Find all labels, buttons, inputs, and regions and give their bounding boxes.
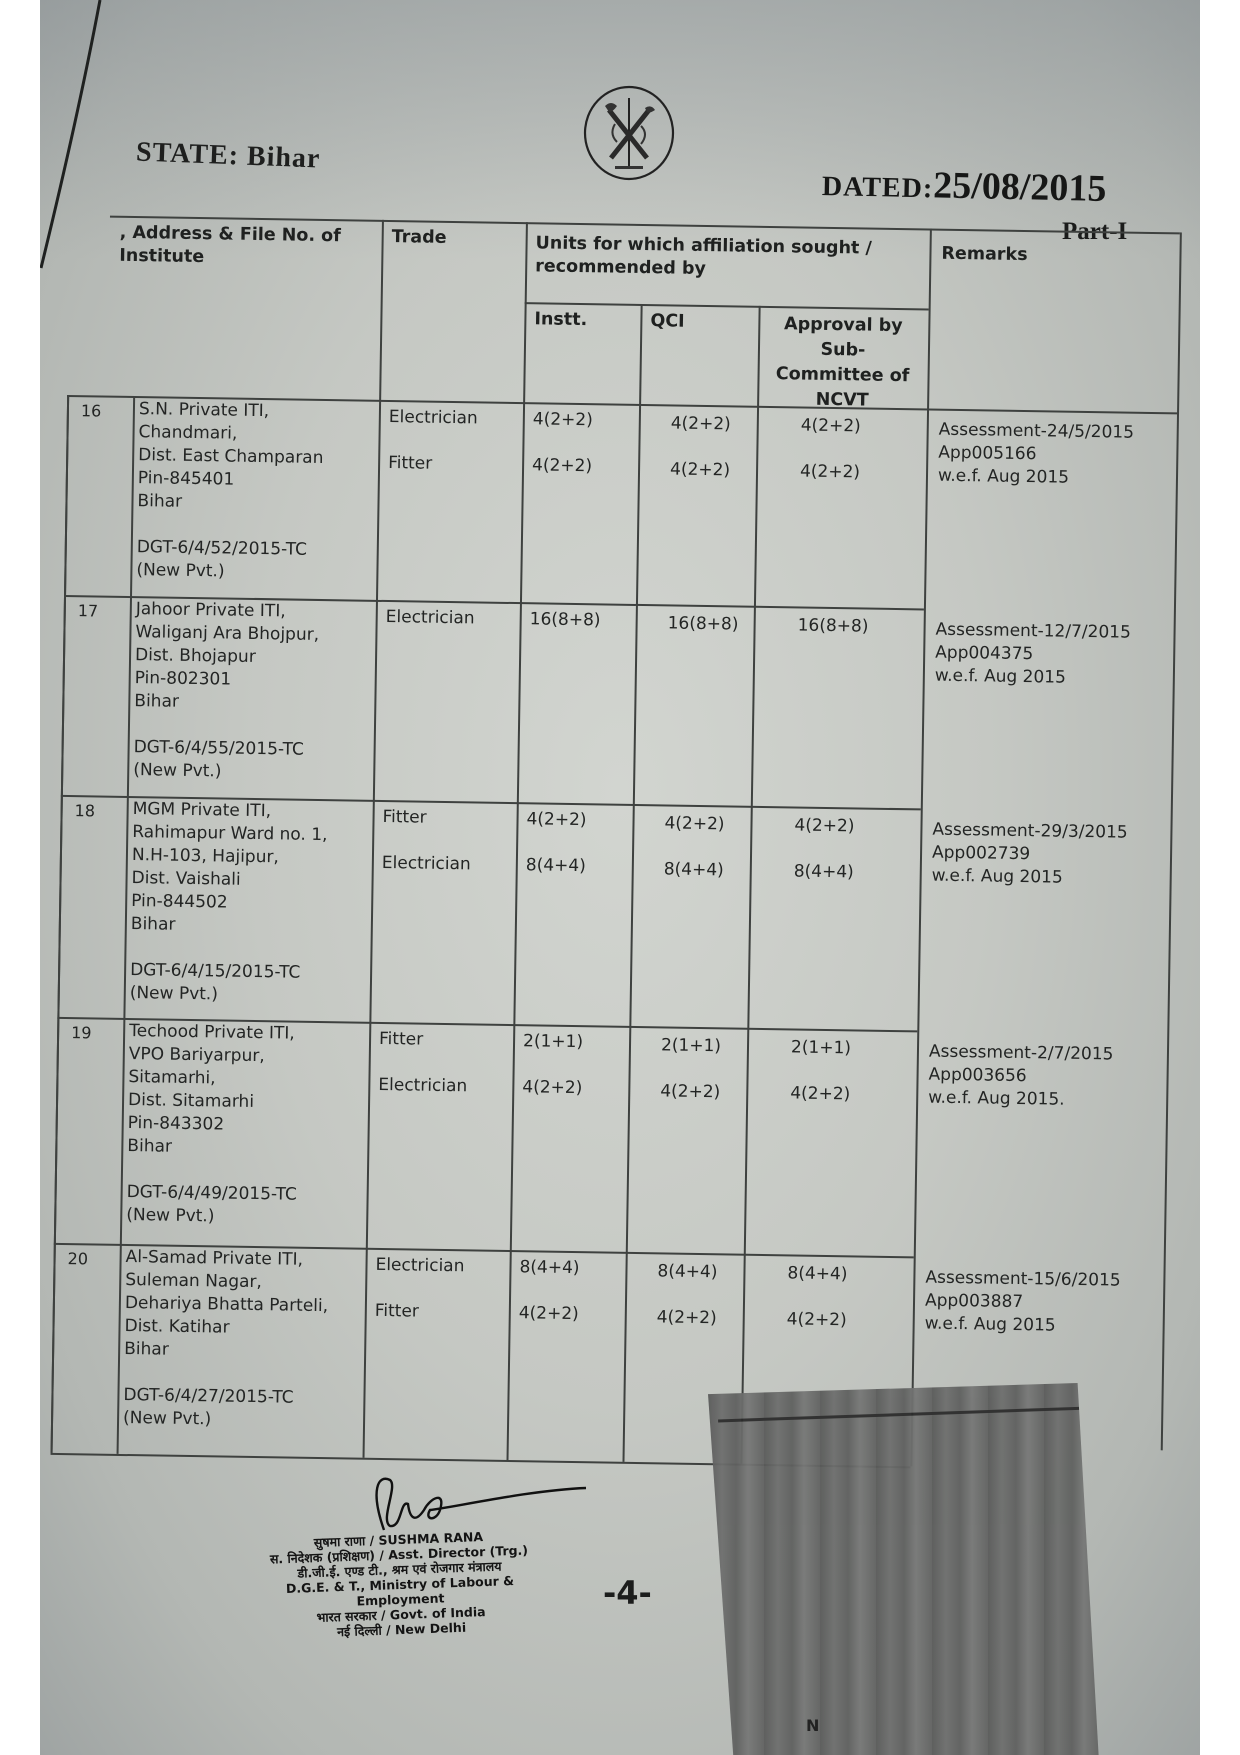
units-approval: 16(8+8) — [797, 614, 868, 638]
units-instt: 8(4+4) — [526, 854, 586, 878]
remark-line: w.e.f. Aug 2015. — [928, 1087, 1113, 1113]
units-qci: 4(2+2) — [660, 1080, 720, 1104]
officer-stamp: सुषमा राणा / SUSHMA RANAस. निदेशक (प्रशि… — [238, 1526, 561, 1642]
column-header-remarks: Remarks — [941, 243, 1027, 267]
address-line: Chandmari, — [138, 421, 353, 447]
remark-line: w.e.f. Aug 2015 — [932, 865, 1128, 891]
file-number: DGT-6/4/55/2015-TC — [133, 736, 348, 762]
row-serial-number: 16 — [81, 399, 102, 422]
remark-line: Assessment-2/7/2015 — [929, 1041, 1114, 1067]
address-line: S.N. Private ITI, — [139, 398, 354, 424]
file-number: DGT-6/4/49/2015-TC — [126, 1181, 341, 1207]
units-instt: 4(2+2) — [526, 808, 586, 832]
address-line: Dist. Vaishali — [131, 867, 346, 893]
photocopy-dark-patch — [708, 1383, 1128, 1755]
address-line: Dist. East Champaran — [138, 444, 353, 470]
address-line: Rahimapur Ward no. 1, — [132, 821, 347, 847]
address-line: Bihar — [127, 1135, 342, 1161]
column-rule — [622, 304, 642, 1462]
column-header-approval: Approval by Sub-Committee of NCVT — [767, 312, 919, 414]
address-line: Dist. Katihar — [124, 1315, 339, 1341]
units-qci: 2(1+1) — [661, 1034, 721, 1058]
address-line: (New Pvt.) — [136, 559, 351, 585]
address-line: Pin-843302 — [128, 1112, 343, 1138]
address-line: Dist. Sitamarhi — [128, 1089, 343, 1115]
address-line: Bihar — [124, 1338, 339, 1364]
remark-line: Assessment-15/6/2015 — [925, 1267, 1121, 1293]
address-line: (New Pvt.) — [123, 1407, 338, 1433]
units-approval: 8(4+4) — [787, 1262, 847, 1286]
units-qci: 4(2+2) — [671, 412, 731, 436]
address-line — [130, 936, 345, 962]
address-line: (New Pvt.) — [126, 1204, 341, 1230]
units-instt: 8(4+4) — [519, 1256, 579, 1280]
units-instt: 4(2+2) — [519, 1302, 579, 1326]
address-line: (New Pvt.) — [130, 982, 345, 1008]
column-header-qci: QCI — [650, 310, 685, 334]
remark-line: App003656 — [928, 1064, 1113, 1090]
dget-emblem-icon — [581, 84, 677, 182]
institute-address: Techood Private ITI,VPO Bariyarpur,Sitam… — [126, 1020, 344, 1230]
row-remarks: Assessment-29/3/2015App002739w.e.f. Aug … — [932, 819, 1128, 891]
remark-line: Assessment-29/3/2015 — [932, 819, 1128, 845]
address-line: Sitamarhi, — [128, 1066, 343, 1092]
affiliation-table: , Address & File No. of InstituteTradeUn… — [50, 215, 1179, 1482]
row-remarks: Assessment-12/7/2015App004375w.e.f. Aug … — [935, 619, 1131, 691]
institute-address: Al-Samad Private ITI,Suleman Nagar,Dehar… — [123, 1246, 341, 1433]
remark-line: App003887 — [925, 1290, 1121, 1316]
address-line: Bihar — [134, 690, 349, 716]
address-line: Pin-845401 — [138, 467, 353, 493]
row-remarks: Assessment-15/6/2015App003887w.e.f. Aug … — [925, 1267, 1121, 1339]
address-line — [124, 1361, 339, 1387]
trade-name: Fitter — [388, 452, 432, 476]
dated-label: DATED: — [822, 171, 934, 204]
address-line — [127, 1158, 342, 1184]
units-qci: 16(8+8) — [667, 612, 738, 636]
trade-name: Electrician — [386, 606, 475, 630]
dated-value: 25/08/2015 — [933, 164, 1107, 210]
page-number: -4- — [603, 1574, 652, 1612]
address-line: Dehariya Bhatta Parteli, — [125, 1292, 340, 1318]
document-page: STATE: Bihar DATED:25/08/2015 Part-I , A… — [40, 0, 1200, 1755]
address-line: MGM Private ITI, — [132, 798, 347, 824]
institute-address: Jahoor Private ITI,Waliganj Ara Bhojpur,… — [133, 598, 351, 785]
column-rule — [740, 306, 760, 1464]
address-line — [137, 513, 352, 539]
address-line: Pin-844502 — [131, 890, 346, 916]
remark-line: Assessment-24/5/2015 — [939, 419, 1135, 445]
column-header-trade: Trade — [392, 226, 447, 250]
units-approval: 4(2+2) — [794, 814, 854, 838]
row-serial-number: 17 — [78, 599, 99, 622]
address-line: Pin-802301 — [135, 667, 350, 693]
table-right-rule — [1161, 232, 1182, 1450]
address-line: (New Pvt.) — [133, 759, 348, 785]
remark-line: App004375 — [935, 642, 1131, 668]
remark-line: Assessment-12/7/2015 — [935, 619, 1131, 645]
units-approval: 4(2+2) — [790, 1082, 850, 1106]
file-number: DGT-6/4/52/2015-TC — [137, 536, 352, 562]
address-line: Dist. Bhojapur — [135, 644, 350, 670]
address-line: Bihar — [131, 913, 346, 939]
remark-line: w.e.f. Aug 2015 — [925, 1313, 1121, 1339]
units-qci: 8(4+4) — [664, 858, 724, 882]
units-qci: 4(2+2) — [657, 1306, 717, 1330]
row-serial-number: 20 — [67, 1247, 88, 1270]
trade-name: Electrician — [378, 1074, 467, 1098]
corner-mark: N — [806, 1716, 819, 1735]
units-qci: 8(4+4) — [657, 1260, 717, 1284]
units-qci: 4(2+2) — [664, 812, 724, 836]
trade-name: Fitter — [375, 1300, 419, 1324]
table-left-rule — [51, 395, 69, 1453]
units-instt: 4(2+2) — [532, 454, 592, 478]
address-line: Al-Samad Private ITI, — [125, 1246, 340, 1272]
trade-name: Fitter — [382, 806, 426, 830]
row-remarks: Assessment-24/5/2015App005166w.e.f. Aug … — [938, 419, 1134, 491]
row-serial-number: 18 — [74, 799, 95, 822]
address-line: Bihar — [137, 490, 352, 516]
file-number: DGT-6/4/15/2015-TC — [130, 959, 345, 985]
trade-name: Electrician — [375, 1254, 464, 1278]
institute-address: S.N. Private ITI,Chandmari,Dist. East Ch… — [136, 398, 354, 585]
column-header-address: , Address & File No. of Institute — [119, 222, 370, 272]
address-line — [134, 713, 349, 739]
units-instt: 4(2+2) — [533, 408, 593, 432]
remark-line: App002739 — [932, 842, 1128, 868]
remark-line: App005166 — [938, 442, 1134, 468]
file-number: DGT-6/4/27/2015-TC — [123, 1384, 338, 1410]
units-approval: 8(4+4) — [794, 860, 854, 884]
address-line: N.H-103, Hajipur, — [132, 844, 347, 870]
address-line: Jahoor Private ITI, — [136, 598, 351, 624]
address-line: Waliganj Ara Bhojpur, — [135, 621, 350, 647]
column-header-units: Units for which affiliation sought / rec… — [535, 232, 916, 284]
units-instt: 16(8+8) — [530, 608, 601, 632]
row-serial-number: 19 — [71, 1021, 92, 1044]
units-approval: 4(2+2) — [787, 1308, 847, 1332]
row-remarks: Assessment-2/7/2015App003656w.e.f. Aug 2… — [928, 1041, 1114, 1113]
column-header-instt: Instt. — [534, 308, 587, 332]
signature-block: सुषमा राणा / SUSHMA RANAस. निदेशक (प्रशि… — [240, 1470, 580, 1660]
address-line: VPO Bariyarpur, — [129, 1043, 344, 1069]
units-instt: 2(1+1) — [523, 1030, 583, 1054]
trade-name: Electrician — [382, 852, 471, 876]
institute-address: MGM Private ITI,Rahimapur Ward no. 1,N.H… — [130, 798, 348, 1008]
units-instt: 4(2+2) — [522, 1076, 582, 1100]
address-line: Suleman Nagar, — [125, 1269, 340, 1295]
address-line: Techood Private ITI, — [129, 1020, 344, 1046]
units-qci: 4(2+2) — [670, 458, 730, 482]
remark-line: w.e.f. Aug 2015 — [935, 665, 1131, 691]
units-approval: 2(1+1) — [791, 1036, 851, 1060]
document-date: DATED:25/08/2015 — [822, 161, 1107, 211]
units-approval: 4(2+2) — [801, 415, 861, 439]
trade-name: Fitter — [379, 1028, 423, 1052]
remark-line: w.e.f. Aug 2015 — [938, 465, 1134, 491]
units-approval: 4(2+2) — [800, 461, 860, 485]
trade-name: Electrician — [389, 406, 478, 430]
